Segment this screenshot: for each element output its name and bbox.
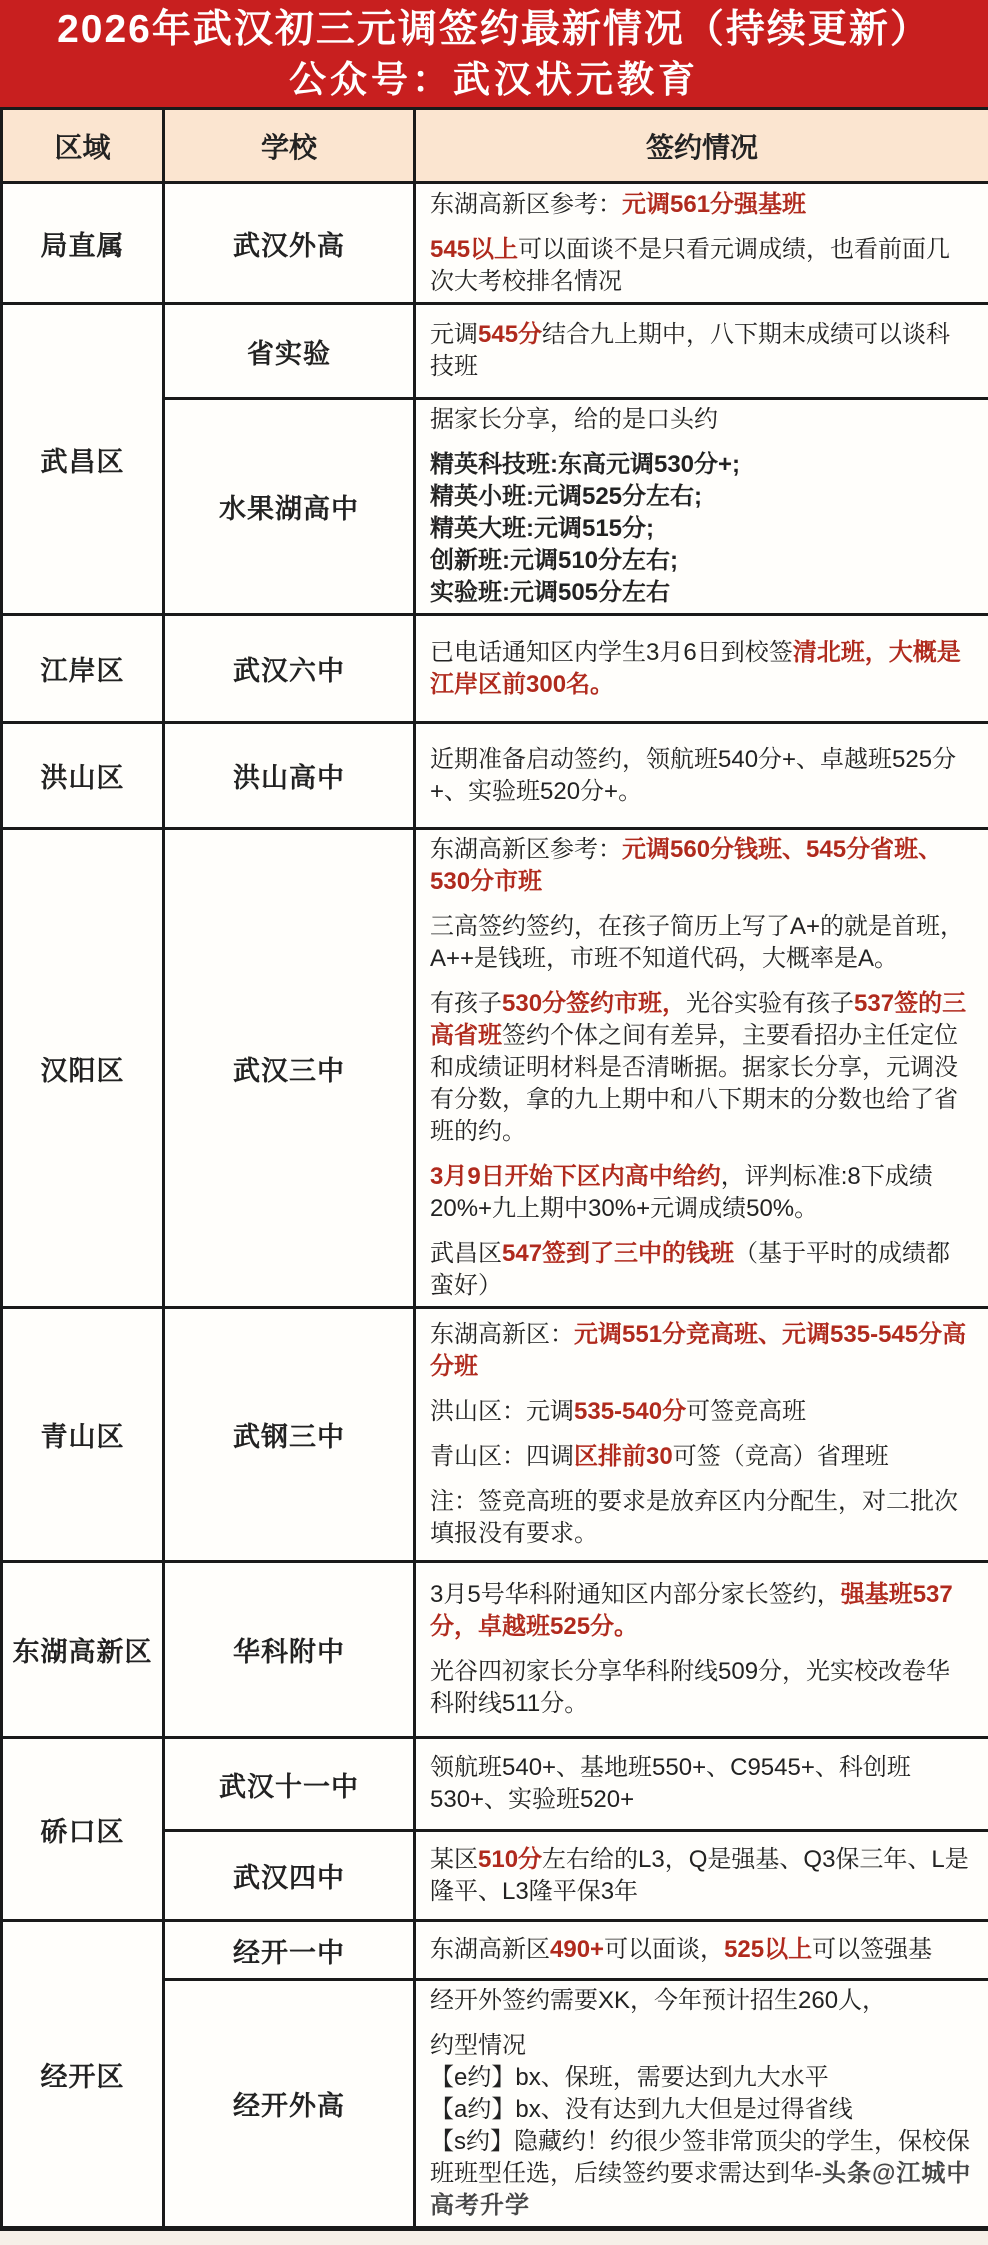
body-text: 精英大班:元调515分; <box>430 515 654 542</box>
signing-info-paragraph: 3月5号华科附通知区内部分家长签约，强基班537分，卓越班525分。 <box>430 1579 974 1643</box>
signing-info-paragraph: 545以上可以面谈不是只看元调成绩，也看前面几次大考校排名情况 <box>430 234 974 298</box>
body-text: 注：签竞高班的要求是放弃区内分配生，对二批次填报没有要求。 <box>430 1488 958 1547</box>
school-cell: 武汉六中 <box>164 615 415 723</box>
header-school: 学校 <box>164 109 415 183</box>
highlight-text: 510分 <box>478 1846 542 1873</box>
school-cell: 武汉外高 <box>164 183 415 304</box>
school-cell: 武汉十一中 <box>164 1738 415 1831</box>
body-text: 已电话通知区内学生3月6日到校签 <box>430 639 793 666</box>
banner-subtitle: 公众号：武汉状元教育 <box>0 57 988 103</box>
region-cell: 硚口区 <box>2 1738 164 1921</box>
signing-info-paragraph: 约型情况 <box>430 2030 974 2062</box>
school-cell: 武汉三中 <box>164 829 415 1308</box>
signing-info-paragraph: 光谷四初家长分享华科附线509分，光实校改卷华科附线511分。 <box>430 1656 974 1720</box>
body-text: 洪山区：元调 <box>430 1398 574 1425</box>
body-text: 实验班:元调505分左右 <box>430 579 670 606</box>
signing-info-paragraph: 实验班:元调505分左右 <box>430 577 974 609</box>
signing-info-paragraph: 武昌区547签到了三中的钱班（基于平时的成绩都蛮好） <box>430 1238 974 1302</box>
signing-info-paragraph: 3月9日开始下区内高中给约，评判标准:8下成绩20%+九上期中30%+元调成绩5… <box>430 1161 974 1225</box>
signing-info-paragraph: 东湖高新区490+可以面谈，525以上可以签强基 <box>430 1934 974 1966</box>
table-row: 经开区经开一中东湖高新区490+可以面谈，525以上可以签强基 <box>2 1921 988 1980</box>
signing-info-paragraph: 精英小班:元调525分左右; <box>430 481 974 513</box>
signing-info-cell: 元调545分结合九上期中，八下期末成绩可以谈科技班 <box>415 304 988 399</box>
signing-info-paragraph: 近期准备启动签约，领航班540分+、卓越班525分+、实验班520分+。 <box>430 744 974 808</box>
banner-title: 2026年武汉初三元调签约最新情况（持续更新） <box>0 5 988 55</box>
highlight-text: 元调561分强基班 <box>622 191 806 218</box>
body-text: 约型情况 <box>430 2032 526 2059</box>
body-text: 领航班540+、基地班550+、C9545+、科创班530+、实验班520+ <box>430 1754 911 1813</box>
table-row: 洪山区洪山高中近期准备启动签约，领航班540分+、卓越班525分+、实验班520… <box>2 723 988 829</box>
region-cell: 经开区 <box>2 1921 164 2228</box>
body-text: 有孩子 <box>430 990 502 1017</box>
signing-info-paragraph: 洪山区：元调535-540分可签竞高班 <box>430 1396 974 1428</box>
body-text: 东湖高新区参考： <box>430 836 622 863</box>
highlight-text: 535-540分 <box>574 1398 686 1425</box>
school-cell: 武汉四中 <box>164 1831 415 1921</box>
body-text: 可以签强基 <box>812 1936 932 1963</box>
title-banner: 2026年武汉初三元调签约最新情况（持续更新） 公众号：武汉状元教育 <box>0 0 988 107</box>
highlight-text: 545以上 <box>430 236 518 263</box>
signing-table: 区域 学校 签约情况 局直属武汉外高东湖高新区参考：元调561分强基班545以上… <box>0 107 988 2229</box>
body-text: 可签竞高班 <box>686 1398 806 1425</box>
infographic-page: 2026年武汉初三元调签约最新情况（持续更新） 公众号：武汉状元教育 区域 学校… <box>0 0 988 2245</box>
table-row: 东湖高新区华科附中3月5号华科附通知区内部分家长签约，强基班537分，卓越班52… <box>2 1562 988 1738</box>
signing-info-cell: 领航班540+、基地班550+、C9545+、科创班530+、实验班520+ <box>415 1738 988 1831</box>
body-text: 经开外签约需要XK，今年预计招生260人， <box>430 1987 886 2014</box>
header-row: 区域 学校 签约情况 <box>2 109 988 183</box>
body-text: 东湖高新区参考： <box>430 191 622 218</box>
school-cell: 华科附中 <box>164 1562 415 1738</box>
region-cell: 局直属 <box>2 183 164 304</box>
table-row: 武昌区省实验元调545分结合九上期中，八下期末成绩可以谈科技班 <box>2 304 988 399</box>
signing-info-paragraph: 创新班:元调510分左右; <box>430 545 974 577</box>
region-cell: 江岸区 <box>2 615 164 723</box>
body-text: 精英小班:元调525分左右; <box>430 483 702 510</box>
body-text: 武昌区 <box>430 1240 502 1267</box>
table-row: 江岸区武汉六中已电话通知区内学生3月6日到校签清北班，大概是江岸区前300名。 <box>2 615 988 723</box>
signing-info-cell: 某区510分左右给的L3，Q是强基、Q3保三年、L是隆平、L3隆平保3年 <box>415 1831 988 1921</box>
body-text: 光谷实验有孩子 <box>686 990 854 1017</box>
school-cell: 经开外高 <box>164 1980 415 2228</box>
body-text: 元调 <box>430 321 478 348</box>
signing-info-paragraph: 某区510分左右给的L3，Q是强基、Q3保三年、L是隆平、L3隆平保3年 <box>430 1844 974 1908</box>
signing-info-cell: 东湖高新区490+可以面谈，525以上可以签强基 <box>415 1921 988 1980</box>
table-row: 汉阳区武汉三中东湖高新区参考：元调560分钱班、545分省班、530分市班三高签… <box>2 829 988 1308</box>
body-text: 东湖高新区 <box>430 1936 550 1963</box>
highlight-text: 490+ <box>550 1936 604 1963</box>
signing-info-paragraph: 【e约】bx、保班，需要达到九大水平 <box>430 2062 974 2094</box>
signing-info-cell: 东湖高新区参考：元调561分强基班545以上可以面谈不是只看元调成绩，也看前面几… <box>415 183 988 304</box>
signing-info-cell: 经开外签约需要XK，今年预计招生260人，约型情况【e约】bx、保班，需要达到九… <box>415 1980 988 2228</box>
table-row: 局直属武汉外高东湖高新区参考：元调561分强基班545以上可以面谈不是只看元调成… <box>2 183 988 304</box>
highlight-text: 3月9日开始下区内高中给约 <box>430 1163 721 1190</box>
school-cell: 武钢三中 <box>164 1308 415 1562</box>
region-cell: 汉阳区 <box>2 829 164 1308</box>
body-text: 可签（竞高）省理班 <box>673 1443 889 1470</box>
highlight-text: 区排前30 <box>574 1443 673 1470</box>
table-row: 青山区武钢三中东湖高新区：元调551分竞高班、元调535-545分高分班洪山区：… <box>2 1308 988 1562</box>
signing-info-paragraph: 注：签竞高班的要求是放弃区内分配生，对二批次填报没有要求。 <box>430 1486 974 1550</box>
header-signing-status: 签约情况 <box>415 109 988 183</box>
body-text: 精英科技班:东高元调530分+; <box>430 451 740 478</box>
highlight-text: 545分 <box>478 321 542 348</box>
signing-info-paragraph: 已电话通知区内学生3月6日到校签清北班，大概是江岸区前300名。 <box>430 637 974 701</box>
table-header: 区域 学校 签约情况 <box>2 109 988 183</box>
highlight-text: 530分签约市班， <box>502 990 686 1017</box>
signing-info-paragraph: 东湖高新区：元调551分竞高班、元调535-545分高分班 <box>430 1319 974 1383</box>
region-cell: 青山区 <box>2 1308 164 1562</box>
bottom-strip <box>0 2229 988 2245</box>
region-cell: 武昌区 <box>2 304 164 615</box>
signing-info-cell: 3月5号华科附通知区内部分家长签约，强基班537分，卓越班525分。光谷四初家长… <box>415 1562 988 1738</box>
highlight-text: 525以上 <box>724 1936 812 1963</box>
school-cell: 水果湖高中 <box>164 399 415 615</box>
body-text: 【e约】bx、保班，需要达到九大水平 <box>430 2064 829 2091</box>
body-text: 【a约】bx、没有达到九大但是过得省线 <box>430 2096 853 2123</box>
region-cell: 洪山区 <box>2 723 164 829</box>
signing-info-cell: 东湖高新区：元调551分竞高班、元调535-545分高分班洪山区：元调535-5… <box>415 1308 988 1562</box>
body-text: 三高签约签约，在孩子简历上写了A+的就是首班，A++是钱班，市班不知道代码，大概… <box>430 913 964 972</box>
body-text: 近期准备启动签约，领航班540分+、卓越班525分+、实验班520分+。 <box>430 746 956 805</box>
table-row: 硚口区武汉十一中领航班540+、基地班550+、C9545+、科创班530+、实… <box>2 1738 988 1831</box>
body-text: 创新班:元调510分左右; <box>430 547 678 574</box>
header-region: 区域 <box>2 109 164 183</box>
body-text: 光谷四初家长分享华科附线509分，光实校改卷华科附线511分。 <box>430 1658 950 1717</box>
signing-info-paragraph: 领航班540+、基地班550+、C9545+、科创班530+、实验班520+ <box>430 1752 974 1816</box>
school-cell: 经开一中 <box>164 1921 415 1980</box>
region-cell: 东湖高新区 <box>2 1562 164 1738</box>
body-text: 可以面谈， <box>604 1936 724 1963</box>
signing-info-paragraph: 据家长分享，给的是口头约 <box>430 404 974 436</box>
signing-info-paragraph: 经开外签约需要XK，今年预计招生260人， <box>430 1985 974 2017</box>
signing-info-paragraph: 东湖高新区参考：元调560分钱班、545分省班、530分市班 <box>430 834 974 898</box>
signing-table-body: 局直属武汉外高东湖高新区参考：元调561分强基班545以上可以面谈不是只看元调成… <box>2 183 988 2228</box>
signing-info-paragraph: 元调545分结合九上期中，八下期末成绩可以谈科技班 <box>430 319 974 383</box>
signing-info-paragraph: 精英科技班:东高元调530分+; <box>430 449 974 481</box>
signing-info-paragraph: 三高签约签约，在孩子简历上写了A+的就是首班，A++是钱班，市班不知道代码，大概… <box>430 911 974 975</box>
signing-info-cell: 近期准备启动签约，领航班540分+、卓越班525分+、实验班520分+。 <box>415 723 988 829</box>
signing-info-paragraph: 有孩子530分签约市班，光谷实验有孩子537签的三高省班签约个体之间有差异，主要… <box>430 988 974 1148</box>
body-text: 据家长分享，给的是口头约 <box>430 406 718 433</box>
highlight-text: 547签到了三中的钱班 <box>502 1240 734 1267</box>
signing-info-paragraph: 【s约】隐藏约！约很少签非常顶尖的学生，保校保班班型任选，后续签约要求需达到华-… <box>430 2126 974 2222</box>
body-text: 签约个体之间有差异，主要看招办主任定位和成绩证明材料是否清晰据。据家长分享，元调… <box>430 1022 958 1145</box>
body-text: 某区 <box>430 1846 478 1873</box>
body-text: 3月5号华科附通知区内部分家长签约， <box>430 1581 841 1608</box>
body-text: 东湖高新区： <box>430 1321 574 1348</box>
school-cell: 省实验 <box>164 304 415 399</box>
school-cell: 洪山高中 <box>164 723 415 829</box>
signing-info-cell: 已电话通知区内学生3月6日到校签清北班，大概是江岸区前300名。 <box>415 615 988 723</box>
signing-info-paragraph: 精英大班:元调515分; <box>430 513 974 545</box>
signing-info-paragraph: 东湖高新区参考：元调561分强基班 <box>430 189 974 221</box>
signing-info-cell: 东湖高新区参考：元调560分钱班、545分省班、530分市班三高签约签约，在孩子… <box>415 829 988 1308</box>
signing-info-cell: 据家长分享，给的是口头约精英科技班:东高元调530分+;精英小班:元调525分左… <box>415 399 988 615</box>
signing-info-paragraph: 青山区：四调区排前30可签（竞高）省理班 <box>430 1441 974 1473</box>
body-text: 青山区：四调 <box>430 1443 574 1470</box>
signing-info-paragraph: 【a约】bx、没有达到九大但是过得省线 <box>430 2094 974 2126</box>
